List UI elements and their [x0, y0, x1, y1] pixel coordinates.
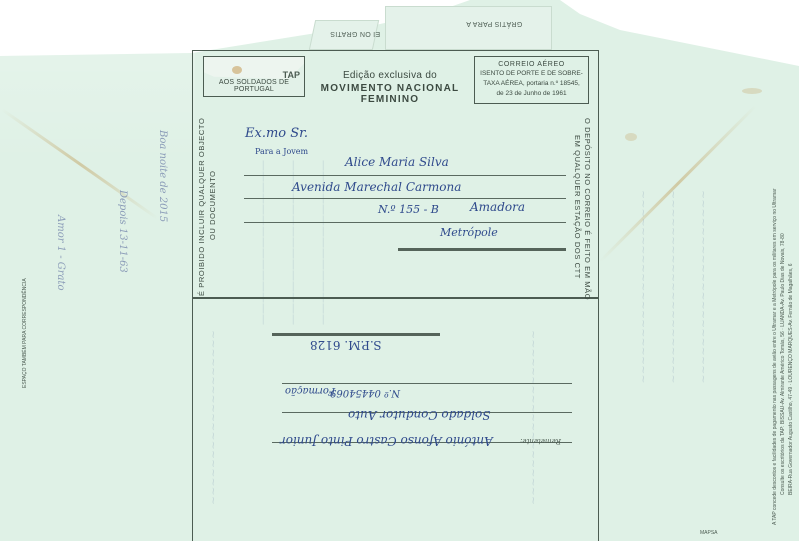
correspondence-space-label: ESPAÇO TAMBÉM PARA CORRESPONDÊNCIA: [22, 278, 28, 388]
stain: [625, 133, 637, 141]
flap-text-left: EI ON GRATIS: [330, 30, 380, 37]
airmail-line2: TAXA AÉREA, portaria n.º 18545,: [475, 80, 588, 88]
recipient-name: Alice Maria Silva: [345, 155, 449, 169]
margin-handwriting-1: Boa noite de 2015: [157, 130, 168, 222]
bleed-through-text: ~~~~~~~~~~~~~~~~~~~~~: [637, 190, 650, 384]
tap-notice-line2: Consulte os escritórios da TAP: BISSAU-A…: [780, 233, 787, 495]
edition-line2: MOVIMENTO NACIONAL FEMININO: [305, 83, 475, 105]
recipient-note: Para a Jovem: [255, 147, 308, 156]
address-line-1: [244, 175, 566, 176]
sender-unit: Formação: [285, 385, 335, 396]
address-line-underline: [398, 248, 566, 251]
recipient-street: Avenida Marechal Carmona: [292, 180, 461, 194]
panel-fold-line: [192, 297, 598, 299]
prohibition-notice-line1: É PROIBIDO INCLUIR QUALQUER OBJECTO: [197, 118, 206, 296]
margin-handwriting-3: Amor 1 - Grato: [55, 215, 66, 291]
recipient-salutation: Ex.mo Sr.: [245, 126, 308, 141]
stain: [232, 66, 242, 74]
sender-spm: S.P.M. 6128: [310, 338, 382, 352]
recipient-number: N.º 155 - B: [378, 203, 439, 216]
airmail-postage-box: CORREIO AÉREO ISENTO DE PORTE E DE SOBRE…: [474, 56, 589, 104]
sender-label: Remetente:: [520, 437, 561, 445]
deposit-notice-line2: EM QUALQUER ESTAÇÃO DOS CTT: [573, 135, 582, 279]
sender-name: António Afonso Castro Pinto Junior: [280, 434, 493, 448]
airmail-line1: ISENTO DE PORTE E DE SOBRE-: [475, 70, 588, 78]
airmail-line3: de 23 de Junho de 1961: [475, 90, 588, 98]
address-line-3: [244, 222, 566, 223]
paper-shading: [0, 0, 195, 541]
sender-line-top: [272, 333, 440, 336]
sender-line-1: [282, 383, 572, 384]
bleed-through-text: ~~~~~~~~~~~~~~~~~~~~~: [697, 190, 710, 384]
sender-number: N.º 04454069: [330, 387, 400, 398]
tap-notice-line3: BEIRA-Rua Governador Augusto Castilho, 4…: [788, 263, 795, 495]
printer-mark: MAPSA: [700, 530, 718, 536]
flap-text-right: GRÁTIS PARA A: [466, 20, 522, 27]
recipient-city: Amadora: [470, 200, 525, 214]
tap-logo-box: TAP AOS SOLDADOS DE PORTUGAL: [203, 56, 305, 97]
address-panel: [192, 50, 599, 541]
address-line-2: [244, 198, 566, 199]
deposit-notice-line1: O DEPÓSITO NO CORREIO É FEITO EM MÃO: [583, 118, 592, 300]
margin-handwriting-2: Depois 13-11-63: [117, 190, 128, 273]
bleed-through-text: ~~~~~~~~~~~~~~~~~~~~~: [667, 190, 680, 384]
recipient-region: Metrópole: [440, 226, 498, 239]
stain: [742, 88, 762, 94]
tap-notice-line1: A TAP concede descontos e facilidades de…: [772, 188, 779, 525]
prohibition-notice-line2: OU DOCUMENTO: [208, 170, 217, 240]
airmail-title: CORREIO AÉREO: [475, 61, 588, 68]
edition-line1: Edição exclusiva do: [305, 70, 475, 81]
logo-caption: AOS SOLDADOS DE PORTUGAL: [204, 79, 304, 93]
torn-flap-right: [385, 6, 552, 50]
edition-title: Edição exclusiva do MOVIMENTO NACIONAL F…: [305, 70, 475, 105]
sender-rank: Soldado Condutor Auto: [348, 408, 490, 422]
